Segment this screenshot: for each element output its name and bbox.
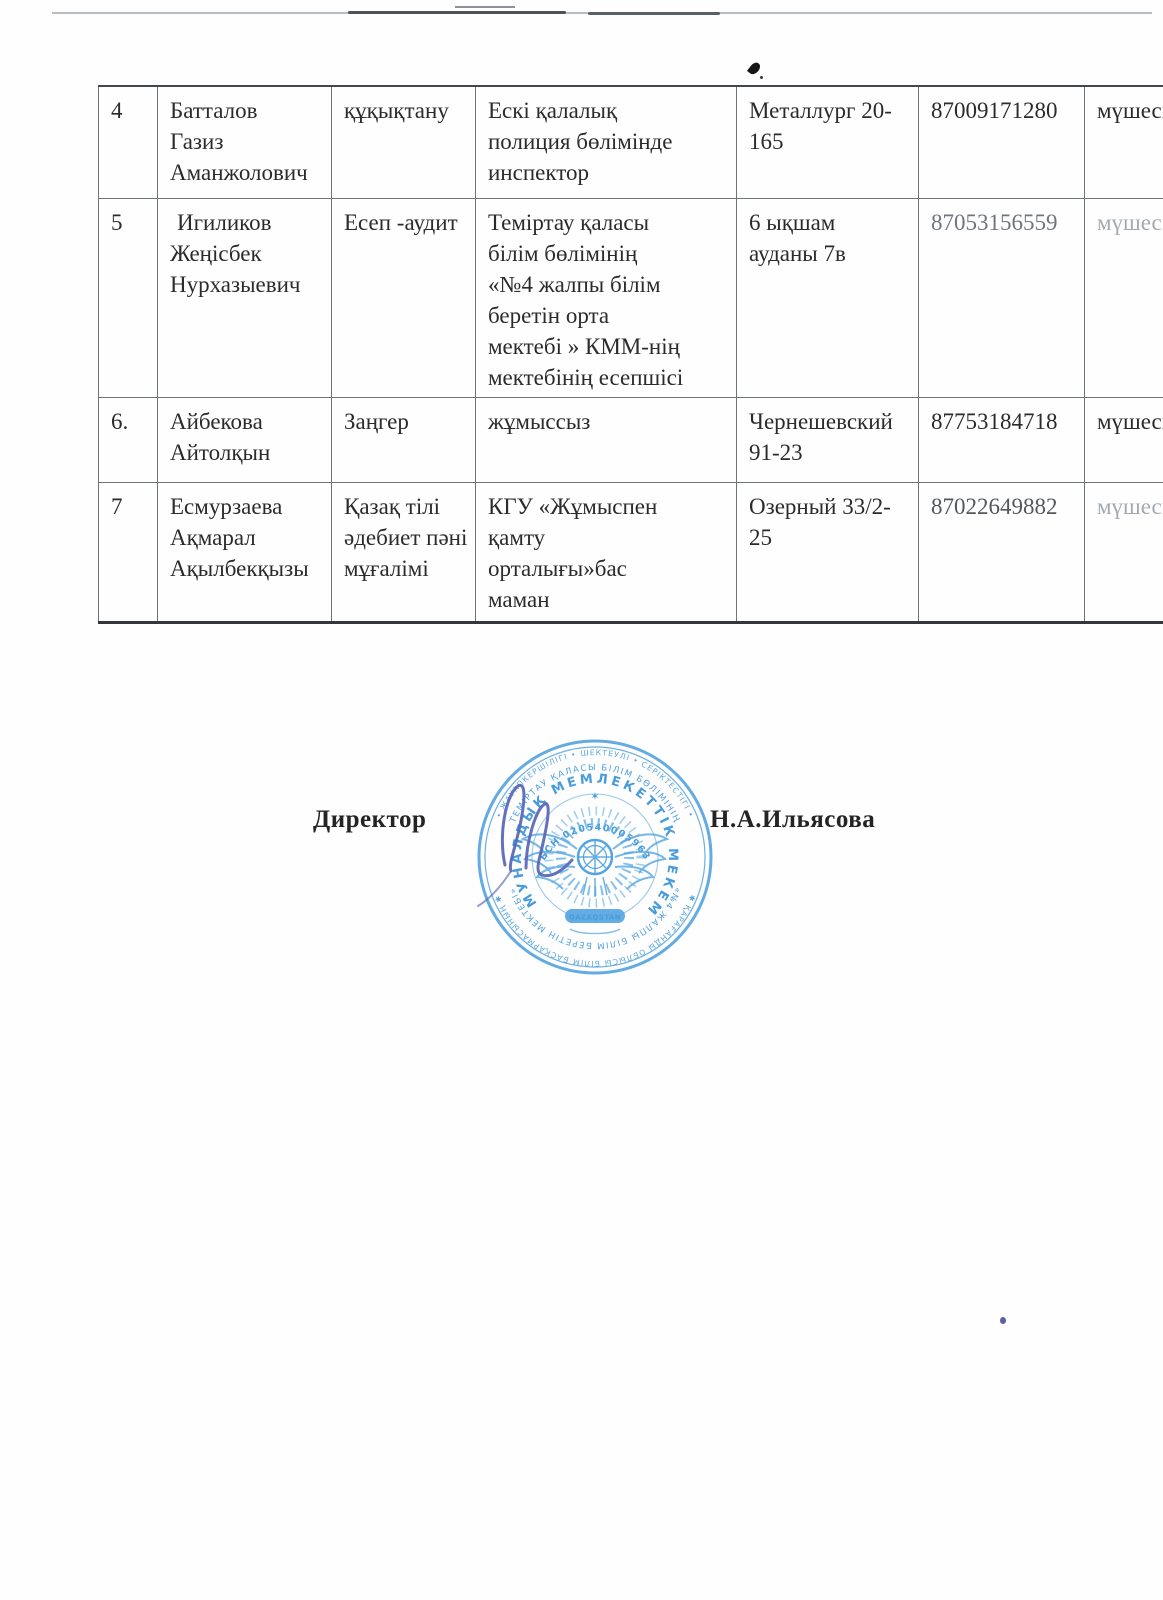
cell-num: 5 [99,198,158,397]
cell-phone: 87753184718 [919,397,1085,482]
cell-num: 6. [99,397,158,482]
cell-phone: 87053156559 [919,198,1085,397]
cell-name: Айбекова Айтолқын [158,397,332,482]
cell-address: 6 ықшам ауданы 7в [737,198,919,397]
scan-line-artifact [455,6,515,8]
cell-num: 7 [99,482,158,622]
cell-address: Металлург 20- 165 [737,86,919,198]
scan-line-artifact [348,11,566,14]
table-row: 5 Игиликов Жеңісбек Нурхазыевич Есеп -ау… [99,198,1163,397]
director-name: Н.А.Ильясова [710,806,875,834]
cell-role: мүшесі [1085,198,1163,397]
cell-profession: Қазақ тілі әдебиет пәні мұғалімі [332,482,476,622]
table-row: 6. Айбекова Айтолқын Заңгер жұмыссыз Чер… [99,397,1163,482]
cell-profession: Есеп -аудит [332,198,476,397]
cell-role: мүшесі [1085,482,1163,622]
ink-dot-artifact [1000,1317,1006,1324]
cell-phone: 87022649882 [919,482,1085,622]
cell-role: мүшесі [1085,86,1163,198]
cell-name: Игиликов Жеңісбек Нурхазыевич [158,198,332,397]
cell-profession: құқықтану [332,86,476,198]
cell-name: Батталов Газиз Аманжолович [158,86,332,198]
table-row: 4 Батталов Газиз Аманжолович құқықтану Е… [99,86,1163,198]
cell-name: Есмурзаева Ақмарал Ақылбекқызы [158,482,332,622]
cell-workplace: КГУ «Жұмыспен қамту орталығы»бас маман [476,482,737,622]
table-row: 7 Есмурзаева Ақмарал Ақылбекқызы Қазақ т… [99,482,1163,622]
cell-profession: Заңгер [332,397,476,482]
cell-workplace: Теміртау қаласы білім бөлімінің «№4 жалп… [476,198,737,397]
cell-num: 4 [99,86,158,198]
cell-address: Озерный 33/2- 25 [737,482,919,622]
cell-workplace: Ескі қалалық полиция бөлімінде инспектор [476,86,737,198]
cell-role: мүшесі [1085,397,1163,482]
members-roster-table: 4 Батталов Газиз Аманжолович құқықтану Е… [98,85,1163,624]
scanned-document-page: 4 Батталов Газиз Аманжолович құқықтану Е… [0,0,1163,1600]
director-label: Директор [313,806,426,834]
cell-phone: 87009171280 [919,86,1085,198]
cell-address: Чернешевский 91-23 [737,397,919,482]
cell-workplace: жұмыссыз [476,397,737,482]
scan-line-artifact [588,12,720,15]
signature-ink [460,750,600,920]
ink-mark-artifact [760,76,763,79]
ink-mark-artifact [747,61,762,77]
